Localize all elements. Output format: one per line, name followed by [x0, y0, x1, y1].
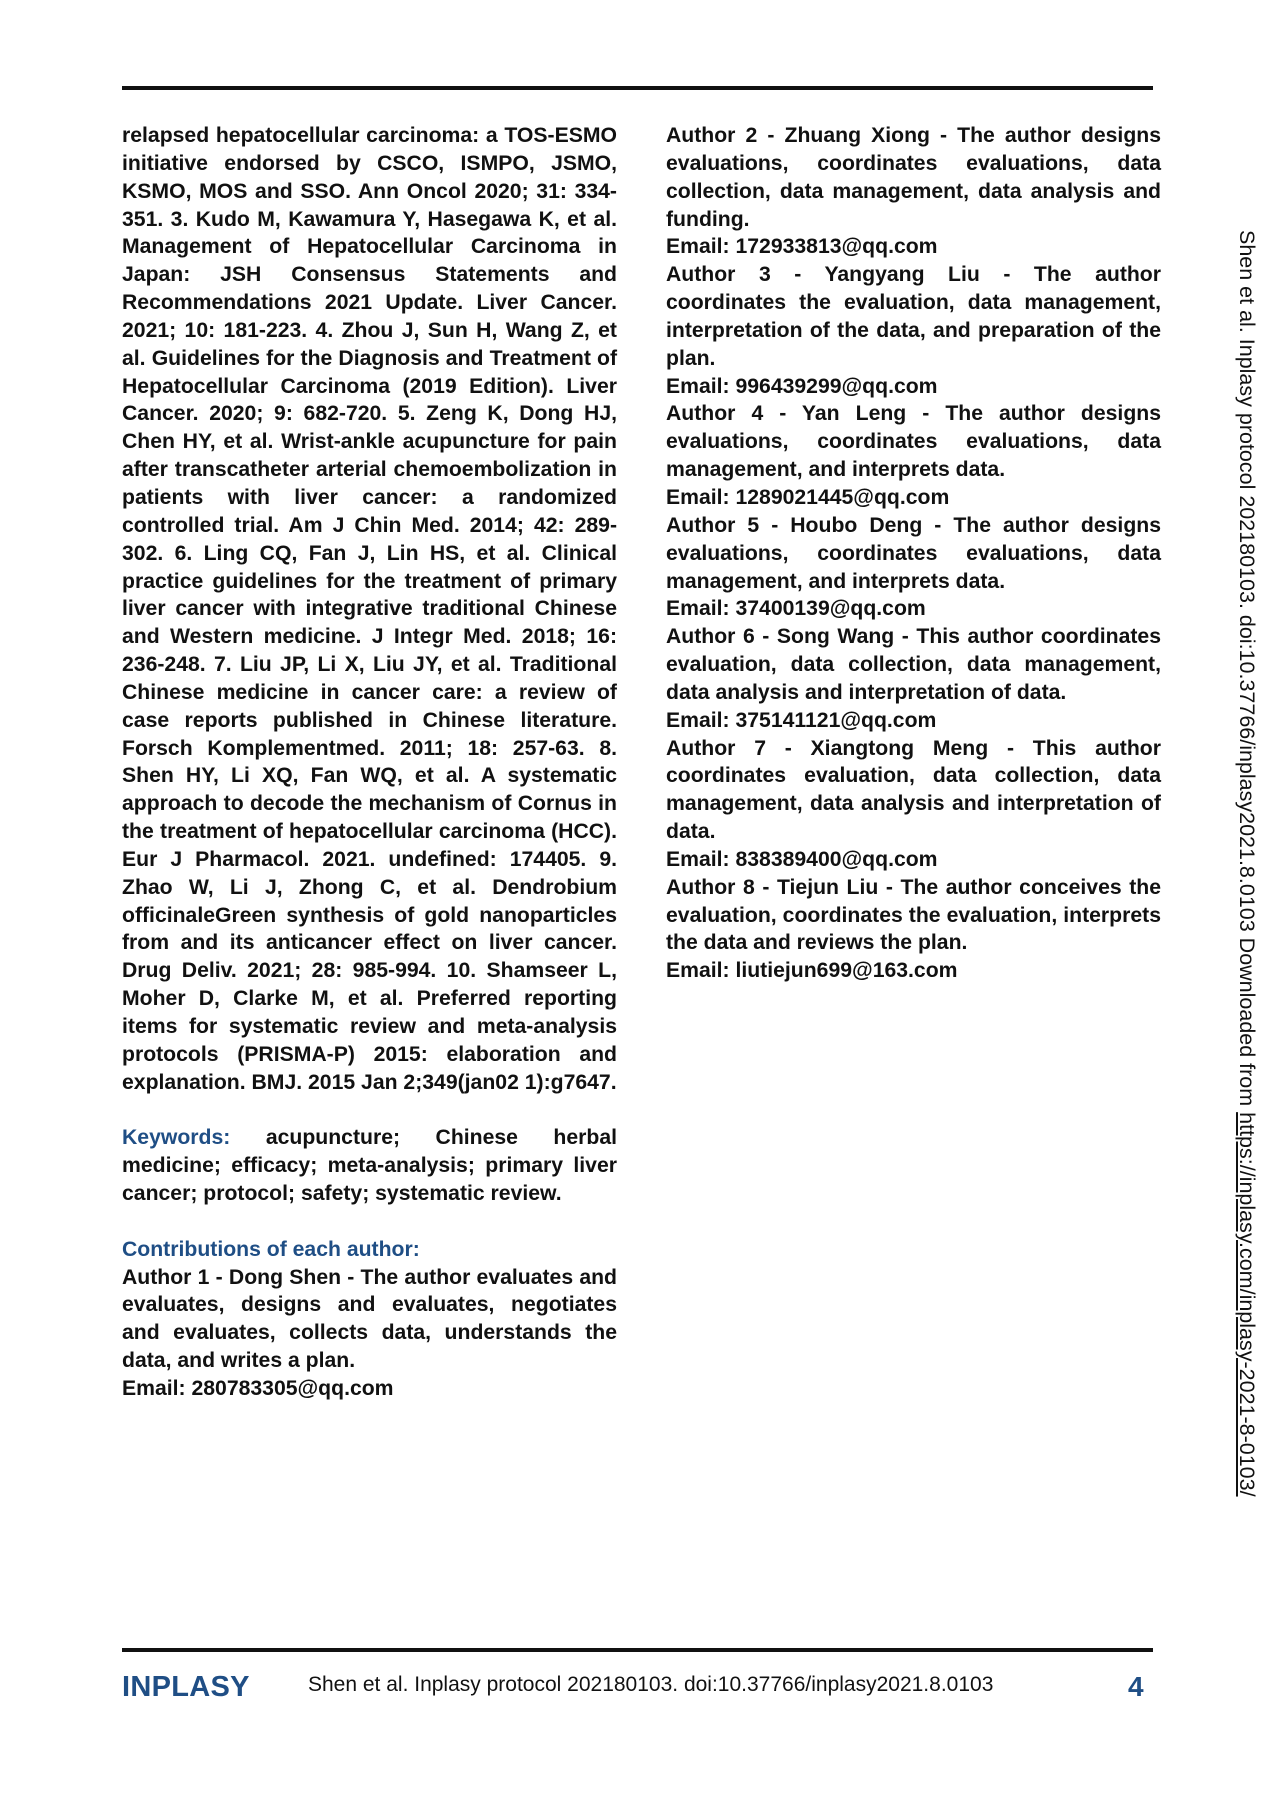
top-rule — [122, 86, 1153, 90]
author-6-email: Email: 375141121@qq.com — [666, 707, 1161, 735]
keywords-section: Keywords: acupuncture; Chinese herbal me… — [122, 1124, 617, 1208]
author-5-email: Email: 37400139@qq.com — [666, 595, 1161, 623]
author-4-description: Author 4 - Yan Leng - The author designs… — [666, 400, 1161, 484]
author-4-email: Email: 1289021445@qq.com — [666, 484, 1161, 512]
references-continued: relapsed hepatocellular carcinoma: a TOS… — [122, 122, 617, 1097]
author-1-description: Author 1 - Dong Shen - The author evalua… — [122, 1264, 617, 1375]
page-number: 4 — [1128, 1671, 1144, 1703]
inplasy-logo: INPLASY — [122, 1671, 250, 1704]
inplasy-url-link[interactable]: https://inplasy.com/inplasy-2021-8-0103/ — [1235, 1112, 1259, 1496]
author-8-description: Author 8 - Tiejun Liu - The author conce… — [666, 874, 1161, 958]
left-column: relapsed hepatocellular carcinoma: a TOS… — [122, 122, 617, 1403]
footer-citation: Shen et al. Inplasy protocol 202180103. … — [308, 1673, 993, 1697]
contributions-heading: Contributions of each author: — [122, 1236, 617, 1264]
author-5-description: Author 5 - Houbo Deng - The author desig… — [666, 512, 1161, 596]
download-notice-text: Shen et al. Inplasy protocol 202180103. … — [1235, 230, 1259, 1112]
author-3-email: Email: 996439299@qq.com — [666, 373, 1161, 401]
author-8-email: Email: liutiejun699@163.com — [666, 957, 1161, 985]
vertical-download-notice: Shen et al. Inplasy protocol 202180103. … — [1227, 230, 1259, 1490]
author-7-description: Author 7 - Xiangtong Meng - This author … — [666, 735, 1161, 846]
footer-rule — [122, 1648, 1153, 1652]
author-3-description: Author 3 - Yangyang Liu - The author coo… — [666, 261, 1161, 372]
author-6-description: Author 6 - Song Wang - This author coord… — [666, 623, 1161, 707]
author-1-email: Email: 280783305@qq.com — [122, 1375, 617, 1403]
author-7-email: Email: 838389400@qq.com — [666, 846, 1161, 874]
author-2-description: Author 2 - Zhuang Xiong - The author des… — [666, 122, 1161, 233]
right-column: Author 2 - Zhuang Xiong - The author des… — [666, 122, 1161, 985]
keywords-label: Keywords: — [122, 1126, 230, 1149]
author-2-email: Email: 172933813@qq.com — [666, 233, 1161, 261]
